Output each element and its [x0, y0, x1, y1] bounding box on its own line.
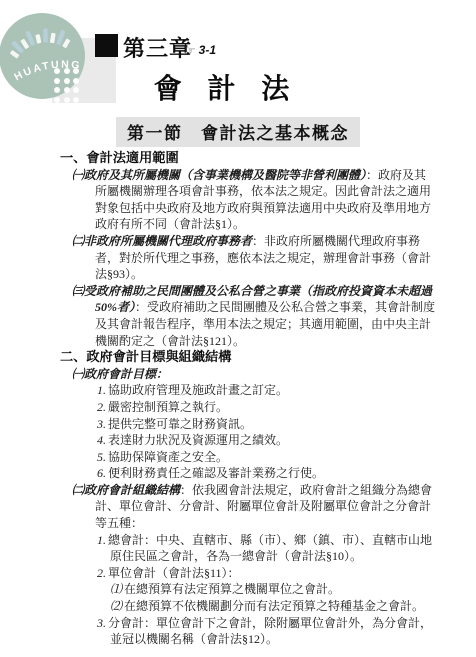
sub-item-goal-6: 6.便利財務責任之確認及審計業務之行使。: [60, 465, 436, 482]
item-lead: ㈡非政府所屬機關代理政府事務者: [72, 234, 252, 248]
list-item-1-1: ㈠政府及其所屬機關（含事業機構及醫院等非營利團體）：政府及其所屬機關辦理各項會計…: [60, 167, 436, 233]
item-marker: ㈠: [72, 367, 84, 381]
sub-item-text: 總會計：中央、直轄市、縣（市）、鄉（鎮、市）、直轄市山地原住民區之會計，各為一總…: [108, 533, 432, 564]
item-body-text: ：受政府補助之民間團體及公私合營之事業，其會計制度及其會計報告程序，準用本法之規…: [95, 300, 435, 347]
sub-item-number: 2.: [97, 566, 108, 580]
sub-item-goal-2: 2.嚴密控制預算之執行。: [60, 399, 436, 416]
sub-item-number: 2.: [97, 400, 108, 414]
list-item-2-2: ㈡政府會計組織結構：依我國會計法規定，政府會計之組織分為總會計、單位會計、分會計…: [60, 482, 436, 532]
sub-item-number: 4.: [97, 433, 108, 447]
chapter-marker-square: [95, 34, 118, 57]
sub-item-number: 6.: [97, 466, 108, 480]
sub-item-text: 單位會計（會計法§11）：: [108, 566, 240, 580]
item-lead-text: 政府及其所屬機關（含事業機構及醫院等非營利團體）: [84, 168, 366, 182]
item-lead-text: 政府會計目標: [84, 367, 156, 381]
item-lead: ㈡政府會計組織結構: [72, 483, 180, 497]
outline-heading-2: 二、政府會計目標與組織結構: [60, 349, 436, 366]
sub-item-number: 1.: [97, 383, 108, 397]
sub-item-goal-4: 4.表達財力狀況及資源運用之績效。: [60, 432, 436, 449]
sub-sub-item-text: 在總預算有法定預算之機關單位之會計。: [124, 582, 340, 596]
page-ref-number: 3-1: [199, 43, 216, 57]
chapter-page-ref: ☞ 3-1: [184, 43, 216, 57]
item-lead: ㈠政府會計目標：: [72, 367, 168, 381]
body-text: 一、會計法適用範圍 ㈠政府及其所屬機關（含事業機構及醫院等非營利團體）：政府及其…: [60, 0, 436, 648]
sub-item-goal-3: 3.提供完整可靠之財務資訊。: [60, 416, 436, 433]
item-lead-text: 非政府所屬機關代理政府事務者: [84, 234, 252, 248]
book-page: { "logo": { "text": "HUATUNG", "circle_c…: [0, 0, 476, 657]
deco-dots: [54, 68, 79, 103]
list-item-1-3: ㈢受政府補助之民間團體及公私合營之事業（指政府投資資本未超過50%者）：受政府補…: [60, 283, 436, 349]
sub-item-goal-5: 5.協助保障資產之安全。: [60, 449, 436, 466]
sub-sub-item-2: ⑵在總預算不依機關劃分而有法定預算之特種基金之會計。: [60, 598, 436, 615]
sub-sub-item-number: ⑴: [110, 582, 124, 596]
item-body-text: ：: [156, 367, 168, 381]
sub-item-number: 5.: [97, 450, 108, 464]
sub-item-text: 便利財務責任之確認及審計業務之行使。: [108, 466, 324, 480]
item-lead-text: 政府會計組織結構: [84, 483, 180, 497]
list-item-2-1: ㈠政府會計目標：: [60, 366, 436, 383]
outline-heading-1: 一、會計法適用範圍: [60, 150, 436, 167]
sub-item-org-3: 3.分會計：單位會計下之會計，除附屬單位會計外，為分會計，並冠以機關名稱（會計法…: [60, 615, 436, 648]
item-marker: ㈡: [72, 483, 84, 497]
sub-item-text: 協助政府管理及施政計畫之訂定。: [108, 383, 288, 397]
sub-item-org-1: 1.總會計：中央、直轄市、縣（市）、鄉（鎮、市）、直轄市山地原住民區之會計，各為…: [60, 532, 436, 565]
sub-item-text: 分會計：單位會計下之會計，除附屬單位會計外，為分會計，並冠以機關名稱（會計法§1…: [108, 616, 432, 647]
sub-item-text: 提供完整可靠之財務資訊。: [108, 417, 252, 431]
sub-item-goal-1: 1.協助政府管理及施政計畫之訂定。: [60, 382, 436, 399]
list-item-1-2: ㈡非政府所屬機關代理政府事務者：非政府所屬機關代理政府事務者，對於所代理之事務，…: [60, 233, 436, 283]
sub-item-org-2: 2.單位會計（會計法§11）：: [60, 565, 436, 582]
sub-sub-item-number: ⑵: [110, 599, 124, 613]
sub-sub-item-text: 在總預算不依機關劃分而有法定預算之特種基金之會計。: [124, 599, 424, 613]
item-marker: ㈢: [72, 284, 84, 298]
sub-item-number: 3.: [97, 417, 108, 431]
chapter-title: 第三章: [123, 32, 192, 63]
item-marker: ㈡: [72, 234, 84, 248]
sub-item-text: 表達財力狀況及資源運用之績效。: [108, 433, 288, 447]
sub-item-number: 1.: [97, 533, 108, 547]
pointing-hand-icon: ☞: [184, 44, 196, 57]
item-lead: ㈠政府及其所屬機關（含事業機構及醫院等非營利團體）: [72, 168, 366, 182]
sub-sub-item-1: ⑴在總預算有法定預算之機關單位之會計。: [60, 581, 436, 598]
sub-item-text: 嚴密控制預算之執行。: [108, 400, 228, 414]
sub-item-number: 3.: [97, 616, 108, 630]
item-marker: ㈠: [72, 168, 84, 182]
sub-item-text: 協助保障資產之安全。: [108, 450, 228, 464]
